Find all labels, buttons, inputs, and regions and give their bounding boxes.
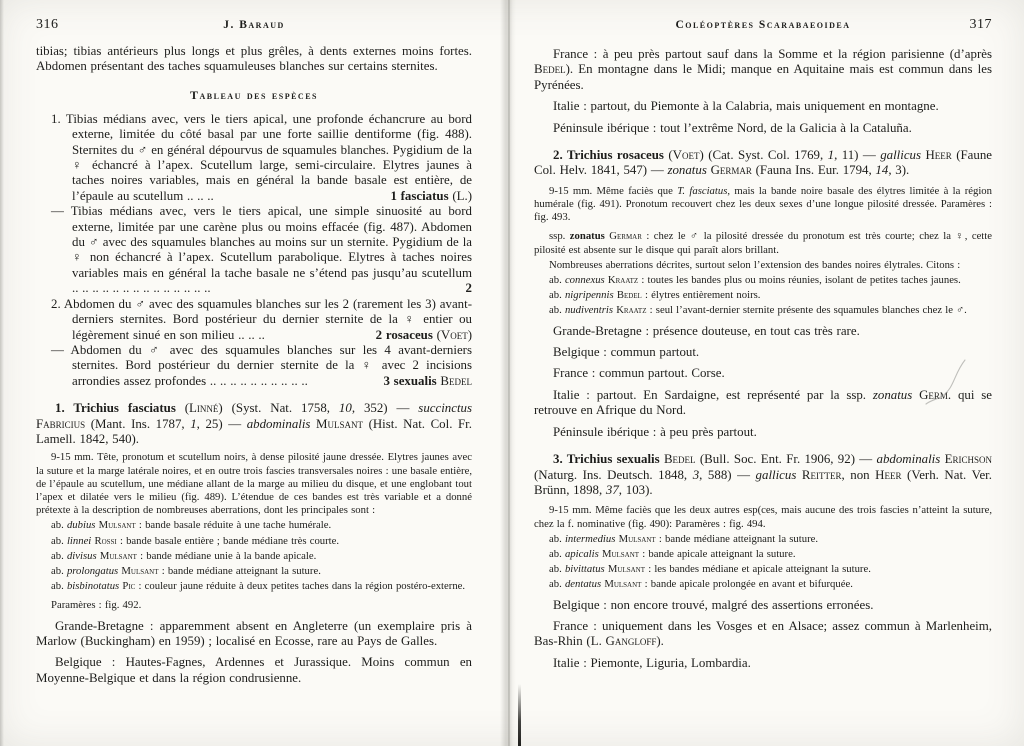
key-item-2-alt: — Abdomen du ♂ avec des squamules blanch… — [36, 343, 472, 389]
text-segment: ab. — [51, 565, 67, 577]
distribution-grande-bretagne-2: Grande-Bretagne : présence douteuse, en … — [534, 324, 992, 339]
text-segment: Mulsant — [602, 548, 639, 560]
text-segment: ab. — [549, 578, 565, 590]
text-segment: divisus — [67, 550, 97, 562]
text-segment: 1. Trichius fasciatus — [55, 401, 176, 415]
aberration-nudiventris: ab. nudiventris Kraatz : seul l’avant-de… — [534, 304, 992, 317]
aberration-dubius: ab. dubius Mulsant : bande basale réduit… — [36, 519, 472, 532]
text-segment: 3 sexualis — [384, 374, 437, 388]
text-segment: linnei — [67, 535, 91, 547]
text-segment: Belgique : commun partout. — [553, 345, 699, 359]
text-segment: France : uniquement dans les Vosges et e… — [534, 619, 992, 648]
text-segment: Grande-Bretagne : apparemment absent en … — [36, 619, 472, 648]
distribution-peninsule: Péninsule ibérique : tout l’extrême Nord… — [534, 121, 992, 136]
text-segment: (Fauna Ins. Eur. 1794, — [752, 163, 876, 177]
aberration-linnei: ab. linnei Rossi : bande basale entière … — [36, 535, 472, 548]
text-segment: ab. — [51, 535, 67, 547]
text-segment: dubius — [67, 519, 96, 531]
text-segment: 14 — [875, 163, 888, 177]
text-segment: Heer — [875, 468, 901, 482]
text-segment: France : commun partout. Corse. — [553, 366, 725, 380]
text-segment: ( — [664, 148, 673, 162]
ssp-zonatus: ssp. zonatus Germar : chez le ♂ la pilos… — [534, 230, 992, 256]
text-segment: intermedius — [565, 533, 615, 545]
text-segment: Nombreuses aberrations décrites, surtout… — [549, 259, 960, 271]
text-segment: ab. — [51, 519, 67, 531]
text-segment: ( — [176, 401, 189, 415]
text-segment: 3 sexualis Bedel — [378, 374, 472, 389]
text-segment: — Tibias médians avec, vers le tiers api… — [51, 204, 472, 295]
key-item-1-alt: — Tibias médians avec, vers le tiers api… — [36, 204, 472, 296]
text-segment: (Bull. Soc. Ent. Fr. 1906, 92) — — [696, 452, 877, 466]
text-segment: nigripennis — [565, 289, 614, 301]
key-item-2: 2. Abdomen du ♂ avec des squamules blanc… — [36, 297, 472, 343]
text-segment: ab. — [549, 304, 565, 316]
text-segment: bivittatus — [565, 563, 605, 575]
text-segment: Mulsant — [121, 565, 158, 577]
text-segment: Fabricius — [36, 417, 85, 431]
page-right: Coléoptères Scarabaeoidea 317 France : à… — [534, 17, 992, 671]
aberration-bisbinotatus: ab. bisbinotatus Pic : couleur jaune réd… — [36, 580, 472, 593]
text-segment: : seul l’avant-dernier sternite présente… — [646, 304, 966, 316]
pen-squiggle-mark — [924, 356, 972, 408]
text-segment: , 25) — — [197, 417, 247, 431]
text-segment: Gangloff — [606, 634, 657, 648]
text-segment: Bedel — [534, 62, 566, 76]
text-segment: ). — [656, 634, 664, 648]
text-segment: , 3). — [888, 163, 909, 177]
distribution-italie: Italie : partout, du Piemonte à la Calab… — [534, 99, 992, 114]
text-segment: bisbinotatus — [67, 580, 119, 592]
text-segment: : bande apicale atteignant la suture. — [639, 548, 795, 560]
text-segment: : bande médiane atteignant la suture. — [159, 565, 321, 577]
aberration-prolongatus: ab. prolongatus Mulsant : bande médiane … — [36, 565, 472, 578]
text-segment: Mulsant — [604, 578, 641, 590]
text-segment: Voet — [441, 328, 468, 342]
text-segment: Reitter — [802, 468, 842, 482]
text-segment: ab. — [549, 289, 565, 301]
aberration-dentatus: ab. dentatus Mulsant : bande apicale pro… — [534, 578, 992, 591]
text-segment: 1 fasciatus — [390, 189, 448, 203]
text-segment: ) — [468, 328, 472, 342]
text-segment: France : à peu près partout sauf dans la… — [553, 47, 992, 61]
text-segment: (Mant. Ins. 1787, — [85, 417, 190, 431]
text-segment: : couleur jaune réduite à deux petites t… — [135, 580, 465, 592]
text-segment: ( — [433, 328, 441, 342]
aberration-connexus: ab. connexus Kraatz : toutes les bandes … — [534, 274, 992, 287]
text-segment: Péninsule ibérique : à peu près partout. — [553, 425, 757, 439]
text-segment: , 352) — — [352, 401, 418, 415]
text-segment: gallicus — [756, 468, 797, 482]
text-segment: Belgique : non encore trouvé, malgré des… — [553, 598, 873, 612]
aberration-apicalis: ab. apicalis Mulsant : bande apicale att… — [534, 548, 992, 561]
text-segment: 3. Trichius sexualis — [553, 452, 660, 466]
text-segment: tibias; tibias antérieurs plus longs et … — [36, 44, 472, 73]
text-segment: gallicus — [880, 148, 921, 162]
text-segment: abdominalis — [877, 452, 941, 466]
intro-paragraph: tibias; tibias antérieurs plus longs et … — [36, 44, 472, 75]
text-segment: 9-15 mm. Tête, pronotum et scutellum noi… — [36, 451, 472, 516]
text-segment: Italie : Piemonte, Liguria, Lombardia. — [553, 656, 751, 670]
text-segment: ssp. — [549, 230, 570, 242]
text-segment: Germar — [609, 230, 642, 242]
text-segment: Péninsule ibérique : tout l’extrême Nord… — [553, 121, 912, 135]
text-segment: Italie : partout, du Piemonte à la Calab… — [553, 99, 939, 113]
distribution-peninsule-2: Péninsule ibérique : à peu près partout. — [534, 425, 992, 440]
text-segment: Italie : partout. En Sardaigne, est repr… — [553, 388, 873, 402]
running-head-right: Coléoptères Scarabaeoidea 317 — [534, 17, 992, 41]
species-3-heading: 3. Trichius sexualis Bedel (Bull. Soc. E… — [534, 452, 992, 498]
text-segment: 9-15 mm. Même faciès que — [549, 185, 677, 197]
text-segment: ab. — [549, 274, 565, 286]
aberration-intermedius: ab. intermedius Mulsant : bande médiane … — [534, 533, 992, 546]
text-segment: Voet — [673, 148, 700, 162]
text-segment: apicalis — [565, 548, 599, 560]
text-segment: Belgique : Hautes-Fagnes, Ardennes et Ju… — [36, 655, 472, 684]
text-segment: Mulsant — [99, 519, 136, 531]
text-segment: T. fasciatus — [677, 185, 727, 197]
distribution-belgique-3: Belgique : non encore trouvé, malgré des… — [534, 598, 992, 613]
species-1-heading: 1. Trichius fasciatus (Linné) (Syst. Nat… — [36, 401, 472, 447]
text-segment: Erichson — [945, 452, 992, 466]
text-segment: : les bandes médiane et apicale atteigna… — [645, 563, 871, 575]
text-segment: Bedel — [664, 452, 696, 466]
page-gutter-line — [508, 0, 510, 746]
text-segment: zonatus — [667, 163, 706, 177]
text-segment: abdominalis — [247, 417, 311, 431]
text-segment: : bande médiane unie à la bande apicale. — [137, 550, 316, 562]
text-segment: , 588) — — [699, 468, 755, 482]
species-3-description: 9-15 mm. Même faciès que les deux autres… — [534, 504, 992, 530]
text-segment: nudiventris — [565, 304, 613, 316]
book-scan: 316 J. Baraud tibias; tibias antérieurs … — [0, 0, 1024, 746]
text-segment: Kraatz — [616, 304, 646, 316]
text-segment: 37 — [606, 483, 619, 497]
species-2-description: 9-15 mm. Même faciès que T. fasciatus, m… — [534, 185, 992, 225]
text-segment: Mulsant — [316, 417, 363, 431]
running-title-left: J. Baraud — [36, 19, 472, 31]
text-segment: prolongatus — [67, 565, 118, 577]
page-left: 316 J. Baraud tibias; tibias antérieurs … — [36, 17, 472, 686]
text-segment: 2 — [466, 281, 472, 295]
section-heading: Tableau des espèces — [36, 88, 472, 103]
text-segment: 9-15 mm. Même faciès que les deux autres… — [534, 504, 992, 529]
text-segment: ) (Cat. Syst. Col. 1769, — [699, 148, 827, 162]
text-segment: ) (Syst. Nat. 1758, — [218, 401, 339, 415]
text-segment: Mulsant — [619, 533, 656, 545]
text-segment: ab. — [51, 580, 67, 592]
text-segment: 2. Trichius rosaceus — [553, 148, 664, 162]
text-segment: Heer — [925, 148, 951, 162]
text-segment: , 11) — — [834, 148, 880, 162]
text-segment: zonatus — [570, 230, 605, 242]
text-segment: Grande-Bretagne : présence douteuse, en … — [553, 324, 860, 338]
distribution-france-3: France : uniquement dans les Vosges et e… — [534, 619, 992, 650]
text-segment: ab. — [549, 533, 565, 545]
text-segment: (Naturg. Ins. Deutsch. 1848, — [534, 468, 693, 482]
text-segment: 2 rosaceus (Voet) — [370, 328, 472, 343]
text-segment: Bedel — [617, 289, 642, 301]
text-segment: ). En montagne dans le Midi; manque en A… — [534, 62, 992, 91]
text-segment: Mulsant — [608, 563, 645, 575]
aberration-bivittatus: ab. bivittatus Mulsant : les bandes médi… — [534, 563, 992, 576]
page-gutter-dark-line — [518, 684, 521, 746]
text-segment: succinctus — [418, 401, 472, 415]
text-segment: dentatus — [565, 578, 601, 590]
text-segment: Linné — [189, 401, 218, 415]
text-segment: , non — [842, 468, 876, 482]
text-segment: : bande basale entière ; bande médiane t… — [117, 535, 339, 547]
text-segment: ab. — [51, 550, 67, 562]
species-1-description: 9-15 mm. Tête, pronotum et scutellum noi… — [36, 451, 472, 517]
running-head-left: 316 J. Baraud — [36, 17, 472, 41]
text-segment: (L.) — [449, 189, 472, 203]
text-segment: : bande apicale prolongée en avant et bi… — [641, 578, 852, 590]
text-segment: 1 fasciatus (L.) — [384, 189, 472, 204]
text-segment: 2 — [460, 281, 472, 296]
species-2-heading: 2. Trichius rosaceus (Voet) (Cat. Syst. … — [534, 148, 992, 179]
key-item-1: 1. Tibias médians avec, vers le tiers ap… — [36, 112, 472, 204]
text-segment: ab. — [549, 548, 565, 560]
text-segment: Kraatz — [608, 274, 638, 286]
distribution-belgique: Belgique : Hautes-Fagnes, Ardennes et Ju… — [36, 655, 472, 686]
distribution-france: France : à peu près partout sauf dans la… — [534, 47, 992, 93]
text-segment: : toutes les bandes plus ou moins réunie… — [638, 274, 961, 286]
page-left-content: tibias; tibias antérieurs plus longs et … — [36, 44, 472, 686]
text-segment: Germar — [711, 163, 752, 177]
text-segment: : bande basale réduite à une tache humér… — [136, 519, 331, 531]
text-segment: : bande médiane atteignant la suture. — [656, 533, 818, 545]
text-segment: Tableau des espèces — [190, 88, 318, 102]
text-segment: Rossi — [94, 535, 116, 547]
aberration-nigripennis: ab. nigripennis Bedel : élytres entièrem… — [534, 289, 992, 302]
text-segment: : élytres entièrement noirs. — [642, 289, 761, 301]
text-segment: ab. — [549, 563, 565, 575]
aberrations-intro: Nombreuses aberrations décrites, surtout… — [534, 259, 992, 272]
text-segment: Pic — [122, 580, 135, 592]
scan-left-edge-shadow — [0, 0, 4, 746]
text-segment: connexus — [565, 274, 605, 286]
distribution-grande-bretagne: Grande-Bretagne : apparemment absent en … — [36, 619, 472, 650]
text-segment: 10 — [339, 401, 352, 415]
text-segment: Bedel — [440, 374, 472, 388]
aberration-divisus: ab. divisus Mulsant : bande médiane unie… — [36, 550, 472, 563]
text-segment: zonatus — [873, 388, 912, 402]
page-number-right: 317 — [970, 17, 993, 33]
running-title-right: Coléoptères Scarabaeoidea — [534, 19, 992, 31]
text-segment: 2 rosaceus — [376, 328, 433, 342]
text-segment: Mulsant — [100, 550, 137, 562]
text-segment: Paramères : fig. 492. — [51, 599, 141, 611]
text-segment: , 103). — [619, 483, 653, 497]
parameres-note: Paramères : fig. 492. — [36, 599, 472, 612]
distribution-italie-3: Italie : Piemonte, Liguria, Lombardia. — [534, 656, 992, 671]
